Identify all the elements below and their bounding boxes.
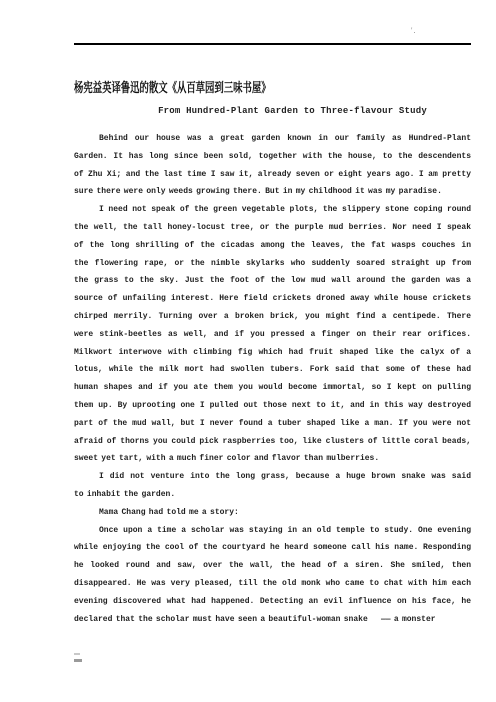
text-line: the well, the tall honey-locust tree, or…	[74, 219, 471, 237]
text-line: to inhabit the garden.	[74, 486, 471, 504]
text-line: disappeared. He was very pleased, till t…	[74, 575, 471, 593]
paragraph: Behind our house was a great garden know…	[74, 130, 471, 201]
text-line: source of unfailing interest. Here field…	[74, 290, 471, 308]
english-title: From Hundred-Plant Garden to Three-flavo…	[74, 106, 471, 116]
chinese-title: 杨宪益英译鲁迅的散文《从百草园到三味书屋》	[74, 77, 271, 96]
document-body: Behind our house was a great garden know…	[74, 130, 471, 628]
text-line: them up. By uprooting one I pulled out t…	[74, 397, 471, 415]
text-line: I did not venture into the long grass, b…	[74, 468, 471, 486]
text-line: Garden. It has long since been sold, tog…	[74, 148, 471, 166]
text-line: Mama Chang had told me a story:	[74, 504, 471, 522]
text-line: lotus, while the milk mort had swollen t…	[74, 361, 471, 379]
paragraph: I did not venture into the long grass, b…	[74, 468, 471, 504]
paragraph: Once upon a time a scholar was staying i…	[74, 522, 471, 629]
text-line: afraid of thorns you could pick raspberr…	[74, 433, 471, 451]
text-line: human shapes and if you ate them you wou…	[74, 379, 471, 397]
text-line: Milkwort interwove with climbing fig whi…	[74, 344, 471, 362]
text-line: of the long shrilling of the cicadas amo…	[74, 237, 471, 255]
header-rule	[74, 43, 471, 45]
text-line: were stink-beetles as well, and if you p…	[74, 326, 471, 344]
text-line: the grass to the sky. Just the foot of t…	[74, 272, 471, 290]
scan-artifact-top-right: '.	[411, 26, 416, 35]
text-line: chirped merrily. Turning over a broken b…	[74, 308, 471, 326]
text-line: Behind our house was a great garden know…	[74, 130, 471, 148]
text-line: evening discovered what had happened. De…	[74, 593, 471, 611]
scan-artifact-bottom-left-block	[74, 659, 82, 662]
text-line: Once upon a time a scholar was staying i…	[74, 522, 471, 540]
text-line: part of the mud wall, but I never found …	[74, 415, 471, 433]
paragraph: Mama Chang had told me a story:	[74, 504, 471, 522]
text-line: while enjoying the cool of the courtyard…	[74, 539, 471, 557]
text-line: sweet yet tart, with a much finer color …	[74, 450, 471, 468]
text-line: the flowering rape, or the nimble skylar…	[74, 255, 471, 273]
text-line: of Zhu Xi; and the last time I saw it, a…	[74, 166, 471, 184]
text-line: I need not speak of the green vegetable …	[74, 201, 471, 219]
text-line: sure there were only weeds growing there…	[74, 183, 471, 201]
scan-artifact-bottom-left-dash	[74, 653, 80, 655]
text-line: he looked round and saw, over the wall, …	[74, 557, 471, 575]
paragraph: I need not speak of the green vegetable …	[74, 201, 471, 468]
text-line: declared that the scholar must have seen…	[74, 611, 471, 629]
document-page: '. 杨宪益英译鲁迅的散文《从百草园到三味书屋》 From Hundred-Pl…	[0, 0, 496, 702]
